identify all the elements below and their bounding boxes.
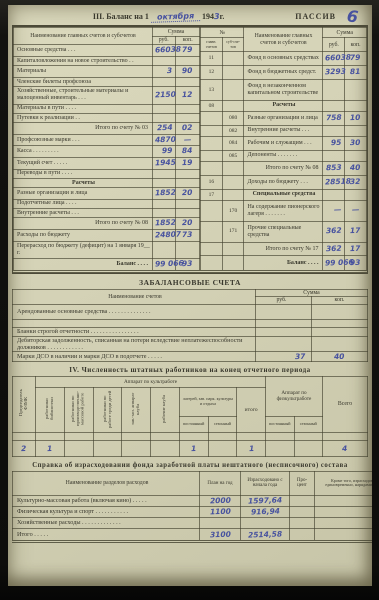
balance-right-header: № Наименование главных счетов и субсчето… [200,28,366,38]
account-name: Разные организации и лица [14,188,153,200]
account-number: 17 [200,189,222,200]
subaccount-number [222,100,244,111]
wages-header-row: Наименование разделов расходов План на г… [13,471,373,495]
spent-amount: 2514,58 [248,529,282,539]
amount-rub: 99 066 [155,260,184,270]
table-row: Подотчетные лица . . . . [14,199,200,208]
permanent2-col-header: постоянный [266,416,295,432]
amount-kop: 81 [350,68,361,77]
amount-kop: 10 [350,114,361,123]
offbalance-account-name: Бланки строгой отчетности . . . . . . . … [13,327,256,336]
itogo-col-header: итого [237,387,266,432]
amount-rub: 362 [325,244,341,253]
amount-rub: 362 [325,227,341,236]
amount-kop: 20 [182,219,193,228]
permanent-col-header: постоянный [179,416,208,432]
amount-rub: 95 [331,139,342,148]
table-row: Материалы в пути . . . . [14,104,200,113]
offbalance-sum-header: Сумма [256,290,368,297]
staff-section-title: IV. Численность штатных работников на ко… [8,366,372,374]
table-row: 12Фонд в бюджетных средст.329381 [200,66,366,80]
subaccount-number [222,175,244,189]
table-row: Физическая культура и спорт . . . . . . … [13,506,373,517]
account-name: Материалы в пути . . . . [14,104,153,113]
amount-kop: 32 [350,178,361,187]
account-number [200,256,222,272]
amount-kop: 19 [182,159,193,168]
table-row: Касса . . . . . . . . .9984 [14,146,200,158]
amount-kop: 84 [182,147,193,156]
staff-count: 2 [21,444,27,453]
wages-name-header: Наименование разделов расходов [13,471,200,495]
account-name: Подотчетные лица . . . . [14,199,153,208]
table-row: Культурно-массовая работа (включая кино)… [13,495,373,506]
wages-plan-header: План на год [200,471,241,495]
account-name: Фонд в основных средствах [244,52,323,66]
subtotal-label: Итого по счету № 17 [244,242,323,256]
amount-rub: 4870 [155,135,176,144]
sportwork-group-header: Аппарат по физкультработе [266,376,323,416]
page-title: III. Баланс на 1 октября 1943г. [22,12,295,22]
balance-total-label: Баланс . . . . [14,259,153,272]
account-name: Переводы в пути . . . . [14,169,153,178]
amount-kop: 40 [350,164,361,173]
subaccount-number [222,161,244,175]
staff-blank-row [13,432,368,440]
amount-kop: 73 [182,231,193,240]
account-name: Разные организации и лица [244,111,323,125]
group-header-row: Расчеты [14,178,200,187]
group-header: Расчеты [14,178,153,187]
table-row: Внутренние расчеты . . . [14,209,200,218]
subaccount-number: 170 [222,200,244,221]
account-name: Материалы [14,66,153,78]
account-number [200,125,222,136]
account-name: Расходы по бюджету [14,229,153,241]
scanned-photo-background: 6 III. Баланс на 1 октября 1943г. ПАССИВ… [0,0,379,600]
left-sum-header: Сумма [153,28,200,37]
balance-table: Наименование главных счетов и субсчетов … [12,25,368,274]
table-row: 170На содержание пионерского лагеря . . … [200,200,366,221]
account-name: Депоненты . . . . . . . [244,150,323,161]
table-row: Дебиторская задолженность, списанная на … [13,336,368,351]
amount-rub: — [334,206,342,215]
amount-kop: 93 [182,260,193,269]
table-row: Расходы по бюджету2480773 [14,229,200,241]
amount-rub: 24807 [155,230,181,240]
balance-right-table: № Наименование главных счетов и субсчето… [200,27,367,273]
subaccount-number [222,66,244,80]
wages-extra-header: Кроме того, израсходовано единовременно,… [315,471,373,495]
balance-left-header: Наименование главных счетов и субсчетов … [14,28,200,37]
account-number [200,161,222,175]
subtotal-row: Итого по счету № 0325402 [14,123,200,135]
table-row: 13Фонд в незаконченном капитальном строи… [200,79,366,100]
amount-rub: 3293 [325,68,346,77]
offbalance-account-name [13,319,256,327]
left-accounts-header: Наименование главных счетов и субсчетов [14,28,153,45]
total-col-header: Всего [323,376,368,432]
account-name: Касса . . . . . . . . . [14,146,153,158]
subaccount-number [222,79,244,100]
balance-total-row: Баланс . . . .99 06693 [14,259,200,272]
subaccount-number [222,189,244,200]
amount-rub: 1852 [155,189,176,198]
club-workers-col-label: рабочие клуба [162,395,167,423]
left-kop-header: коп. [176,36,199,45]
amount-kop: 17 [350,227,361,236]
account-number [200,150,222,161]
account-name: Профсоюзные марки . . . [14,134,153,146]
camps-parks-subheader: лагерей, зав. парк. культуры и отдыха [179,387,237,416]
table-row: Марки ДСО в наличии и марки ДСО в подотч… [13,351,368,361]
table-row [13,319,368,327]
account-number: 13 [200,79,222,100]
amount-kop: — [352,206,360,215]
amount-rub: 2150 [155,91,176,100]
amount-kop: 93 [350,259,361,268]
subaccount-number: 084 [222,136,244,150]
table-row: 082Внутренние расчеты . . . [200,125,366,136]
account-name: Доходы по бюджету . . . [244,175,323,189]
staff-count: 1 [248,444,254,453]
account-name: Путевки к реализации . . [14,113,153,122]
amount-rub: 758 [325,114,341,123]
mass-work-col-header: работники по производственно-массовой ра… [64,387,93,432]
table-row: Материалы390 [14,66,200,78]
expense-name: Культурно-массовая работа (включая кино)… [13,495,200,506]
account-number: 12 [200,66,222,80]
club-admin-col-header: зав.-хоз. аппарат клуба [122,387,151,432]
amount-rub: 853 [325,164,341,173]
table-row: Членские билеты профсоюза [14,77,200,86]
table-row: Хозяйственные расходы . . . . . . . . . … [13,517,373,528]
handwritten-year-digit: 3 [214,12,220,21]
offbalance-name-header: Наименование счетов [13,290,256,305]
amount-kop: 17 [350,244,361,253]
account-name: Капиталовложения на новое строительство … [14,56,153,65]
balance-total-label: Баланс . . . . [244,256,323,272]
title-suffix: г. [220,12,225,21]
mass-work-col-label: работники по производственно-массовой ра… [71,389,85,429]
library-col-header: работники библиотеки [36,387,65,432]
table-row: Перерасход по бюджету (дефицит) на 1 янв… [14,241,200,258]
table-row: 080Разные организации и лица75810 [200,111,366,125]
staff-count: 1 [47,444,53,453]
table-row: Арендованные основные средства . . . . .… [13,304,368,319]
offbalance-table: Наименование счетов Сумма руб. коп. Арен… [12,289,368,362]
amount-kop: 40 [334,352,345,361]
amount-rub: 3 [167,67,173,76]
chairman-col-header: Председатель ФЗМК [13,376,36,432]
title-year: 194 [202,12,214,21]
handwritten-page-number: 6 [346,6,360,26]
account-name: Фонд в бюджетных средст. [244,66,323,80]
table-row: Капиталовложения на новое строительство … [14,56,200,65]
subaccount-number: 171 [222,221,244,242]
amount-kop: 79 [350,54,361,63]
expense-name: Физическая культура и спорт . . . . . . … [13,506,200,517]
balance-left-table: Наименование главных счетов и субсчетов … [13,27,200,273]
amount-kop: 12 [182,91,193,100]
right-sum-header: Сумма [323,28,367,38]
amount-kop: — [184,135,192,144]
subtotal-label: Итого по счету № 03 [14,123,153,135]
account-number: 11 [200,52,222,66]
table-row: Бланки строгой отчетности . . . . . . . … [13,327,368,336]
library-col-label: работники библиотеки [45,389,55,429]
spent-amount: 916,94 [250,507,279,517]
balance-total-row: Баланс . . . .99 06693 [200,256,366,272]
subaccount-number [222,52,244,66]
wages-section-title: Справка об израсходовании фонда заработн… [8,462,372,469]
subaccount-number: 080 [222,111,244,125]
table-row: Переводы в пути . . . . [14,169,200,178]
table-row: Разные организации и лица185220 [14,188,200,200]
account-name: Внутренние расчеты . . . [244,125,323,136]
account-name: Текущий счет . . . . . [14,157,153,169]
plan-amount: 3100 [209,529,230,539]
account-number: 08 [200,100,222,111]
table-row: Основные средства . . .6603879 [14,45,200,57]
staff-data-row: 2 1 1 1 4 [13,440,368,456]
group-header: Расчеты [244,100,323,111]
num-header: № [200,28,244,38]
account-number [200,200,222,221]
passiv-label: ПАССИВ [295,12,336,21]
seasonal-col-header: сезонный [208,416,237,432]
subtotal-label: Итого по счету № 08 [244,161,323,175]
account-name: Членские билеты профсоюза [14,77,153,86]
plan-amount: 1100 [209,507,230,517]
table-row: 084Рабочим и служащим . . .9530 [200,136,366,150]
table-row: Текущий счет . . . . .194519 [14,157,200,169]
offbalance-account-name: Арендованные основные средства . . . . .… [13,304,256,319]
chairman-col-label: Председатель ФЗМК [19,383,29,423]
account-name: Рабочим и служащим . . . [244,136,323,150]
right-accounts-header: Наименование главных счетов и субсчетов [244,28,323,52]
offbalance-header: Наименование счетов Сумма [13,290,368,297]
table-row: Хозяйственные, строительные материалы и … [14,87,200,104]
staff-count: 1 [191,444,197,453]
group-header-row: 08Расчеты [200,100,366,111]
account-number: 16 [200,175,222,189]
amount-rub: 66038 [155,46,181,56]
wages-percent-header: Про-цент [290,471,315,495]
subtotal-row: Итого по счету № 08185220 [14,218,200,230]
subaccount-number [222,256,244,272]
account-name: На содержание пионерского лагеря . . . .… [244,200,323,221]
offbalance-account-name: Дебиторская задолженность, списанная на … [13,336,256,351]
wages-table: Наименование разделов расходов План на г… [12,471,372,543]
club-admin-col-label: зав.-хоз. аппарат клуба [131,389,141,429]
children-col-header: работники по работе среди детей [93,387,122,432]
balance-title-row: III. Баланс на 1 октября 1943г. ПАССИВ [22,12,362,22]
account-name: Перерасход по бюджету (дефицит) на 1 янв… [14,241,153,258]
left-rub-header: руб. [153,36,176,45]
amount-rub: 99 [162,147,173,156]
subaccount-number [222,242,244,256]
account-name: Прочие специальные средства [244,221,323,242]
account-number [200,111,222,125]
right-kop-header: коп. [345,38,367,52]
account-number [200,136,222,150]
account-name: Хозяйственные, строительные материалы и … [14,87,153,104]
club-workers-col-header: рабочие клуба [151,387,180,432]
subaccount-number: 082 [222,125,244,136]
expense-name: Хозяйственные расходы . . . . . . . . . … [13,517,200,528]
amount-kop: 20 [182,189,193,198]
offbalance-account-name: Марки ДСО в наличии и марки ДСО в подотч… [13,351,256,361]
staff-group-header-row: Председатель ФЗМК Аппарат по культработе… [13,376,368,387]
seasonal2-col-header: сезонный [294,416,323,432]
subtotal-row: Итого по счету № 1736217 [200,242,366,256]
children-col-label: работники по работе среди детей [103,389,113,429]
account-number [200,242,222,256]
account-name: Фонд в незаконченном капитальном строите… [244,79,323,100]
amount-rub: 1945 [155,158,176,167]
staff-table: Председатель ФЗМК Аппарат по культработе… [12,376,368,457]
subtotal-label: Итого по счету № 08 [14,218,153,230]
spent-amount: 1597,64 [248,496,282,506]
wages-total-row: Итого . . . . . 3100 2514,58 [13,528,373,541]
amount-kop: 02 [182,124,193,133]
amount-rub: 254 [157,124,173,133]
account-name: Внутренние расчеты . . . [14,209,153,218]
amount-kop: 30 [350,139,361,148]
wages-spent-header: Израсходовано с начала года [241,471,290,495]
amount-rub: 66038 [325,54,351,64]
right-rub-header: руб. [323,38,345,52]
amount-rub: 1852 [155,219,176,228]
num-main-header: главн. счетов [200,38,222,52]
offbalance-rub-header: руб. [256,297,312,304]
cultwork-group-header: Аппарат по культработе [36,376,266,387]
group-header-row: 17Специальные средства [200,189,366,200]
table-row: 171Прочие специальные средства36217 [200,221,366,242]
table-row: 11Фонд в основных средствах6603879 [200,52,366,66]
offbalance-title: ЗАБАЛАНСОВЫЕ СЧЕТА [8,278,372,287]
account-number [200,221,222,242]
num-sub-header: суб-сче-тов [222,38,244,52]
staff-count: 4 [342,444,348,453]
subtotal-row: Итого по счету № 0885340 [200,161,366,175]
amount-kop: 79 [182,46,193,55]
table-row: Профсоюзные марки . . .4870— [14,134,200,146]
amount-rub: 28518 [325,177,351,187]
table-row: Путевки к реализации . . [14,113,200,122]
subaccount-number: 085 [222,150,244,161]
wages-total-label: Итого . . . . . [13,528,200,541]
handwritten-month: октября [151,11,200,23]
plan-amount: 2000 [209,496,230,506]
group-header: Специальные средства [244,189,323,200]
offbalance-kop-header: коп. [312,297,368,304]
title-prefix: III. Баланс на 1 [93,12,149,21]
amount-rub: 37 [294,352,305,361]
table-row: 16Доходы по бюджету . . .2851832 [200,175,366,189]
document-page: 6 III. Баланс на 1 октября 1943г. ПАССИВ… [8,5,372,586]
account-name: Основные средства . . . [14,45,153,57]
table-row: 085Депоненты . . . . . . . [200,150,366,161]
amount-kop: 90 [182,67,193,76]
